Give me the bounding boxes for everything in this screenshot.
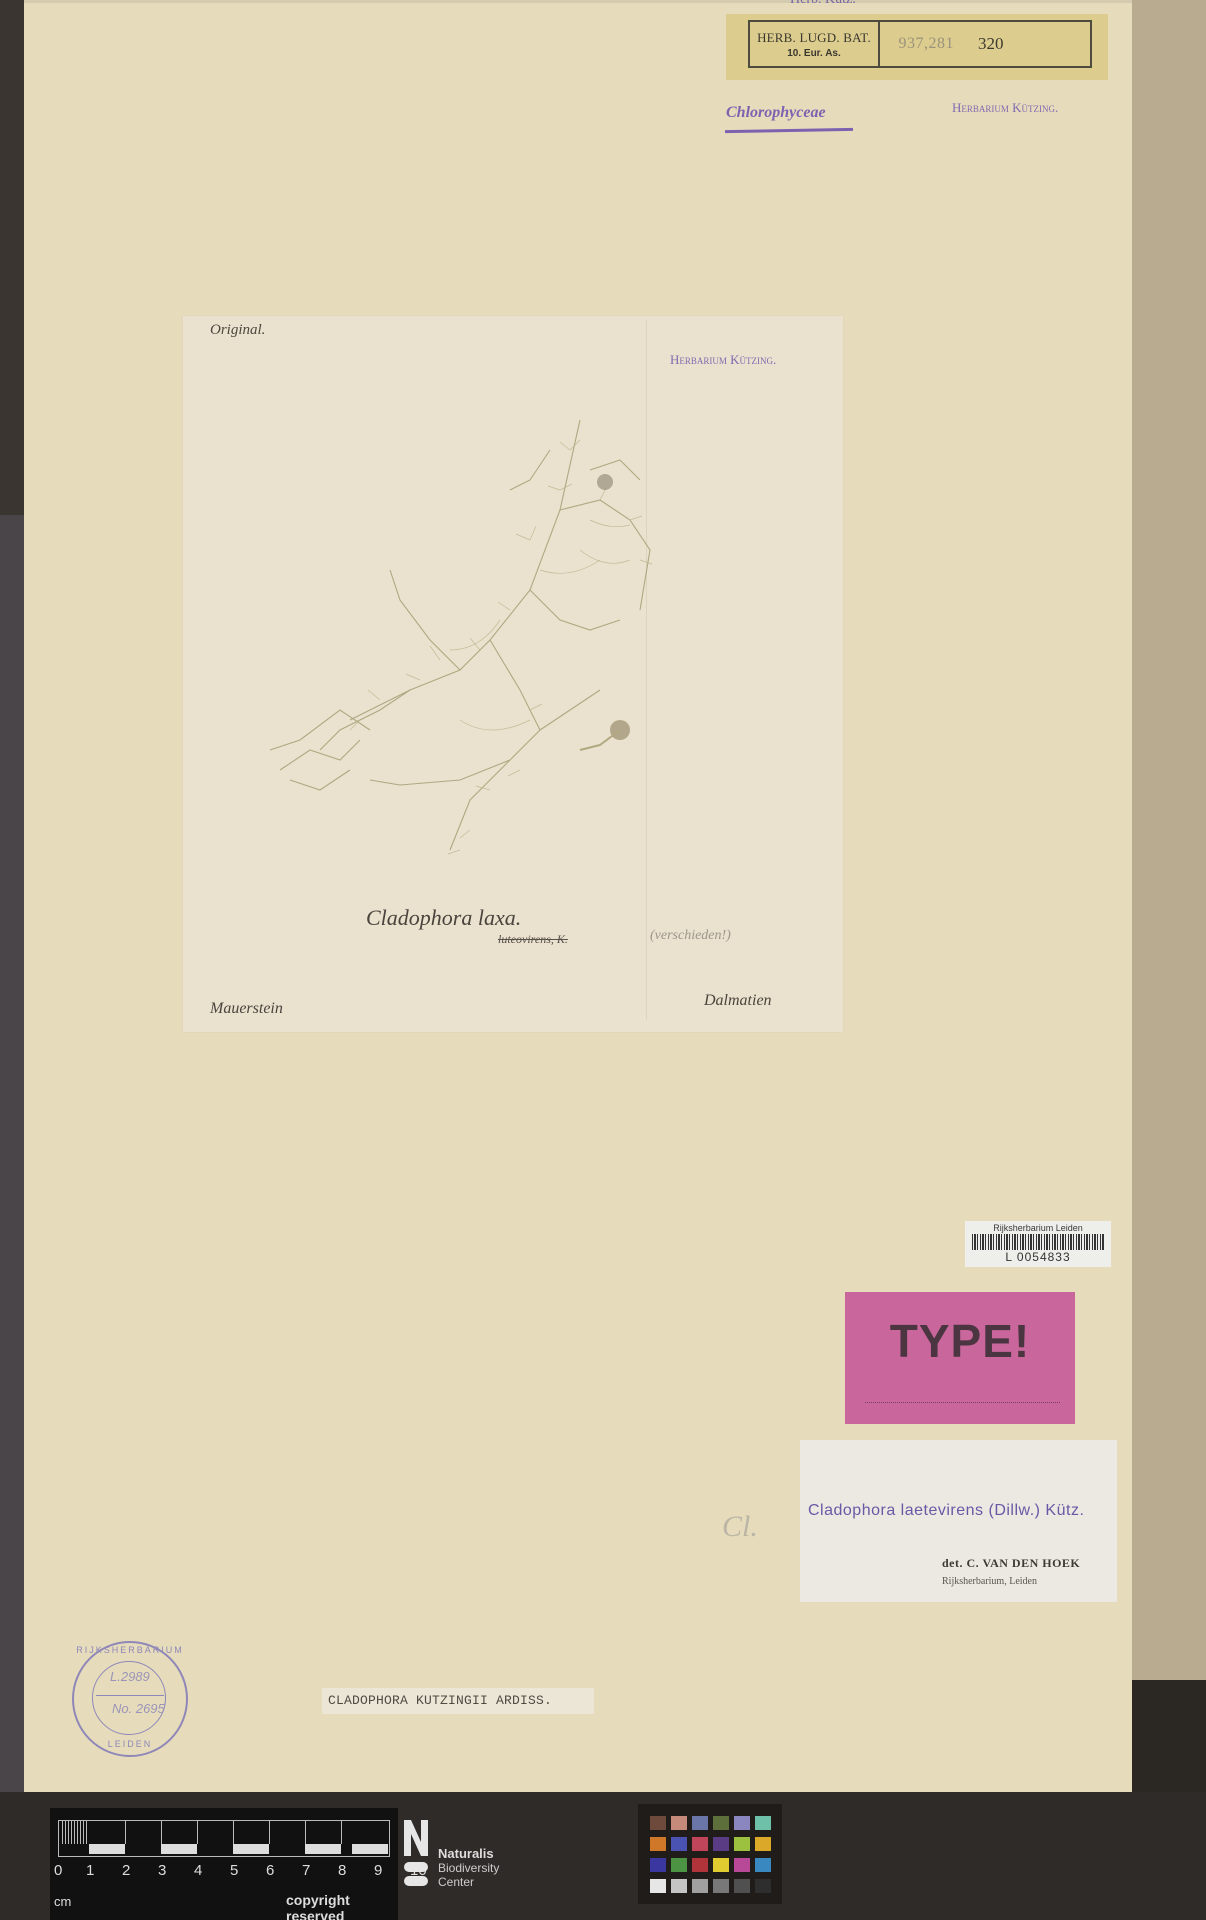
color-swatch <box>671 1837 687 1851</box>
barcode-number: L 0054833 <box>1005 1250 1070 1264</box>
type-label: TYPE! <box>845 1292 1075 1424</box>
naturalis-subtitle-2: Center <box>438 1875 474 1889</box>
scale-tick-label: 7 <box>302 1862 310 1879</box>
color-swatch <box>734 1858 750 1872</box>
naturalis-subtitle-1: Biodiversity <box>438 1861 499 1875</box>
rijksherbarium-round-stamp: RIJKSHERBARIUM L.2989 No. 2695 LEIDEN <box>72 1641 188 1757</box>
determiner-institution: Rijksherbarium, Leiden <box>942 1576 1037 1587</box>
specimen-herbarium-stamp: Herbarium Kützing. <box>670 352 776 368</box>
color-swatch <box>755 1837 771 1851</box>
color-swatch <box>755 1816 771 1830</box>
mm-tick <box>74 1821 75 1844</box>
handwritten-pencil-note: (verschieden!) <box>650 928 731 944</box>
mm-tick <box>83 1821 84 1844</box>
background-right-board <box>1132 0 1206 1790</box>
color-swatch <box>692 1879 708 1893</box>
color-swatch <box>713 1837 729 1851</box>
color-swatch <box>755 1879 771 1893</box>
herbarium-name-cell: HERB. LUGD. BAT. 10. Eur. As. <box>750 22 880 66</box>
color-swatch <box>755 1858 771 1872</box>
top-stamp-fragment: Herb. Kütz. <box>790 0 856 8</box>
type-label-dotted-line <box>865 1402 1060 1403</box>
color-swatch <box>713 1858 729 1872</box>
scale-tick-label: 6 <box>266 1862 274 1879</box>
color-swatch <box>713 1879 729 1893</box>
round-stamp-no-number: No. 2695 <box>112 1701 165 1716</box>
typed-name-label: CLADOPHORA KUTZINGII ARDISS. <box>322 1688 594 1714</box>
round-stamp-divider <box>96 1695 164 1696</box>
mm-tick <box>65 1821 66 1844</box>
color-swatch <box>734 1879 750 1893</box>
typed-taxon-name: CLADOPHORA KUTZINGII ARDISS. <box>328 1693 552 1708</box>
accession-number-cell: 937,281 320 <box>880 22 1090 66</box>
herbarium-section: 10. Eur. As. <box>787 48 841 59</box>
scale-segment <box>161 1844 197 1854</box>
mm-tick <box>68 1821 69 1844</box>
scale-tick-label: 0 <box>54 1862 62 1879</box>
mm-tick <box>80 1821 81 1844</box>
scale-tick-label: 1 <box>86 1862 94 1879</box>
folder-edge <box>0 515 24 1795</box>
mm-tick <box>77 1821 78 1844</box>
handwritten-taxon-name: Cladophora laxa. <box>366 905 521 931</box>
cm-tick <box>341 1821 342 1844</box>
barcode-institution: Rijksherbarium Leiden <box>993 1223 1083 1233</box>
determination-taxon: Cladophora laetevirens (Dillw.) Kütz. <box>808 1502 1118 1520</box>
scale-unit: cm <box>54 1894 71 1909</box>
scale-tick-label: 5 <box>230 1862 238 1879</box>
accession-box: HERB. LUGD. BAT. 10. Eur. As. 937,281 32… <box>748 20 1092 68</box>
herbarium-kutzing-stamp: Herbarium Kützing. <box>952 100 1058 116</box>
algae-specimen-icon <box>260 390 700 880</box>
color-swatch <box>692 1837 708 1851</box>
scale-tick-label: 2 <box>122 1862 130 1879</box>
pencil-mark: Cl. <box>722 1510 758 1544</box>
handwritten-collector: Mauerstein <box>210 1000 283 1018</box>
cm-tick <box>305 1821 306 1844</box>
cm-tick <box>233 1821 234 1844</box>
mm-tick <box>86 1821 87 1844</box>
round-stamp-l-number: L.2989 <box>110 1669 150 1684</box>
naturalis-logo-icon <box>402 1818 430 1890</box>
scale-segment <box>352 1844 388 1854</box>
scale-bar-card: 0 1 2 3 4 5 6 7 8 9 10 cm copyright rese… <box>50 1808 398 1920</box>
color-swatch <box>713 1816 729 1830</box>
scale-tick-label: 4 <box>194 1862 202 1879</box>
herbarium-name: HERB. LUGD. BAT. <box>757 30 871 46</box>
color-swatch <box>692 1816 708 1830</box>
scale-segment <box>233 1844 269 1854</box>
determiner: det. C. VAN DEN HOEK <box>942 1556 1080 1571</box>
sheet-number: 320 <box>978 34 1004 54</box>
mm-tick <box>62 1821 63 1844</box>
color-swatch <box>692 1858 708 1872</box>
cm-tick <box>197 1821 198 1844</box>
round-stamp-top-text: RIJKSHERBARIUM <box>74 1645 186 1655</box>
barcode-icon <box>972 1234 1104 1250</box>
copyright-notice: copyright reserved <box>286 1892 398 1920</box>
annotation-original: Original. <box>210 322 265 339</box>
class-stamp: Chlorophyceae <box>726 104 826 122</box>
determination-label: Cladophora laetevirens (Dillw.) Kütz. de… <box>800 1440 1117 1602</box>
color-swatch <box>671 1879 687 1893</box>
cm-tick <box>269 1821 270 1844</box>
color-swatch <box>650 1816 666 1830</box>
color-swatch <box>650 1858 666 1872</box>
cm-tick <box>161 1821 162 1844</box>
color-swatch <box>671 1816 687 1830</box>
scale-tick-label: 9 <box>374 1862 382 1879</box>
scale-tick-label: 8 <box>338 1862 346 1879</box>
barcode-label: Rijksherbarium Leiden L 0054833 <box>965 1221 1111 1267</box>
handwritten-locality: Dalmatien <box>704 992 772 1010</box>
color-swatch <box>650 1879 666 1893</box>
color-swatch <box>650 1837 666 1851</box>
cm-tick <box>125 1821 126 1844</box>
scale-segment <box>305 1844 341 1854</box>
scale-segment <box>89 1844 125 1854</box>
mm-tick <box>71 1821 72 1844</box>
round-stamp-bottom-text: LEIDEN <box>74 1739 186 1749</box>
color-swatch <box>734 1837 750 1851</box>
color-swatch <box>734 1816 750 1830</box>
scale-tick-label: 3 <box>158 1862 166 1879</box>
accession-number: 937,281 <box>894 35 954 53</box>
naturalis-name: Naturalis <box>438 1846 494 1861</box>
color-checker <box>638 1804 782 1904</box>
type-label-text: TYPE! <box>845 1314 1075 1368</box>
color-swatch <box>671 1858 687 1872</box>
handwritten-synonym: luteovirens, K. <box>498 932 568 947</box>
sheet-top-edge <box>24 0 1132 3</box>
